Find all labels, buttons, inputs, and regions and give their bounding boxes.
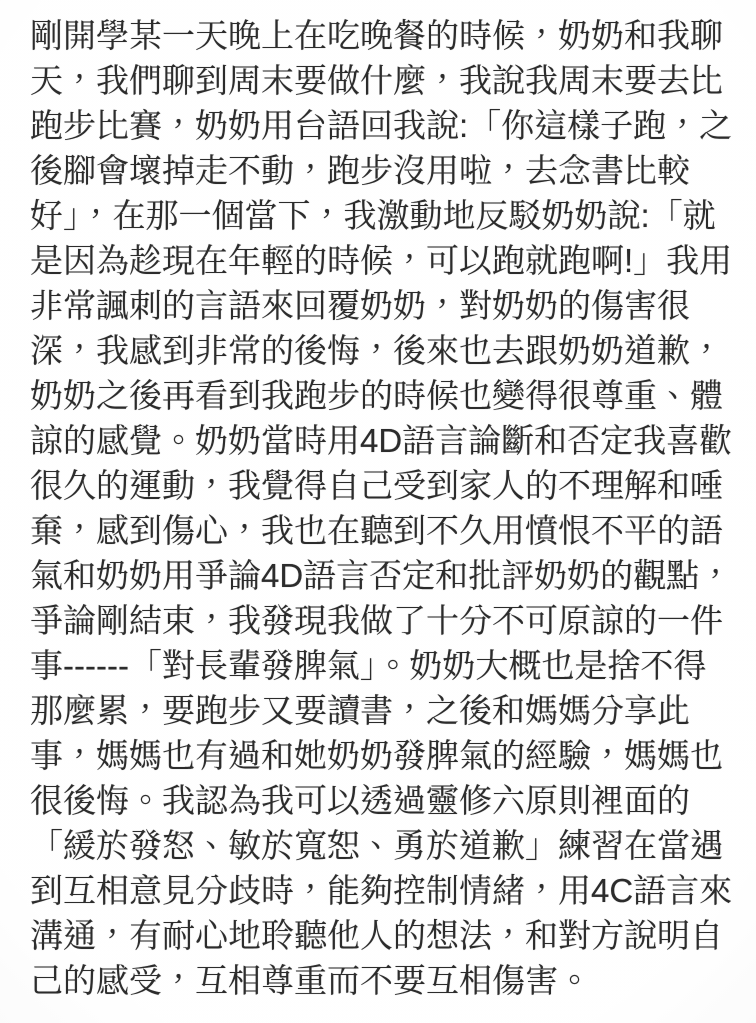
text-line: 棄，感到傷心，我也在聽到不久用憤恨不平的語 [30,508,730,553]
text-line: 諒的感覺。奶奶當時用4D語言論斷和否定我喜歡 [30,418,730,463]
text-line: 溝通，有耐心地聆聽他人的想法，和對方說明自 [30,913,730,958]
text-line: 是因為趁現在年輕的時候，可以跑就跑啊!」我用 [30,238,730,283]
text-line: 氣和奶奶用爭論4D語言否定和批評奶奶的觀點， [30,553,730,598]
text-line: 爭論剛結束，我發現我做了十分不可原諒的一件 [30,598,730,643]
text-line: 很久的運動，我覺得自己受到家人的不理解和唾 [30,463,730,508]
text-line: 事------「對長輩發脾氣」。奶奶大概也是捨不得 [30,643,730,688]
text-line: 剛開學某一天晚上在吃晚餐的時候，奶奶和我聊 [30,13,730,58]
text-line: 「緩於發怒、敏於寬恕、勇於道歉」練習在當遇 [30,823,730,868]
essay-paragraph: 剛開學某一天晚上在吃晚餐的時候，奶奶和我聊天，我們聊到周末要做什麼，我說我周末要… [30,13,730,1003]
text-line: 很後悔。我認為我可以透過靈修六原則裡面的 [30,778,730,823]
text-line: 非常諷刺的言語來回覆奶奶，對奶奶的傷害很 [30,283,730,328]
text-line: 己的感受，互相尊重而不要互相傷害。 [30,958,730,1003]
text-line: 跑步比賽，奶奶用台語回我說:「你這樣子跑，之 [30,103,730,148]
text-line: 後腳會壞掉走不動，跑步沒用啦，去念書比較 [30,148,730,193]
text-line: 到互相意見分歧時，能夠控制情緒，用4C語言來 [30,868,730,913]
text-line: 事，媽媽也有過和她奶奶發脾氣的經驗，媽媽也 [30,733,730,778]
text-line: 好」，在那一個當下，我激動地反駁奶奶說:「就 [30,193,730,238]
text-line: 深，我感到非常的後悔，後來也去跟奶奶道歉， [30,328,730,373]
text-line: 天，我們聊到周末要做什麼，我說我周末要去比 [30,58,730,103]
text-line: 那麼累，要跑步又要讀書，之後和媽媽分享此 [30,688,730,733]
document-page: 剛開學某一天晚上在吃晚餐的時候，奶奶和我聊天，我們聊到周末要做什麼，我說我周末要… [0,0,756,1023]
text-line: 奶奶之後再看到我跑步的時候也變得很尊重、體 [30,373,730,418]
